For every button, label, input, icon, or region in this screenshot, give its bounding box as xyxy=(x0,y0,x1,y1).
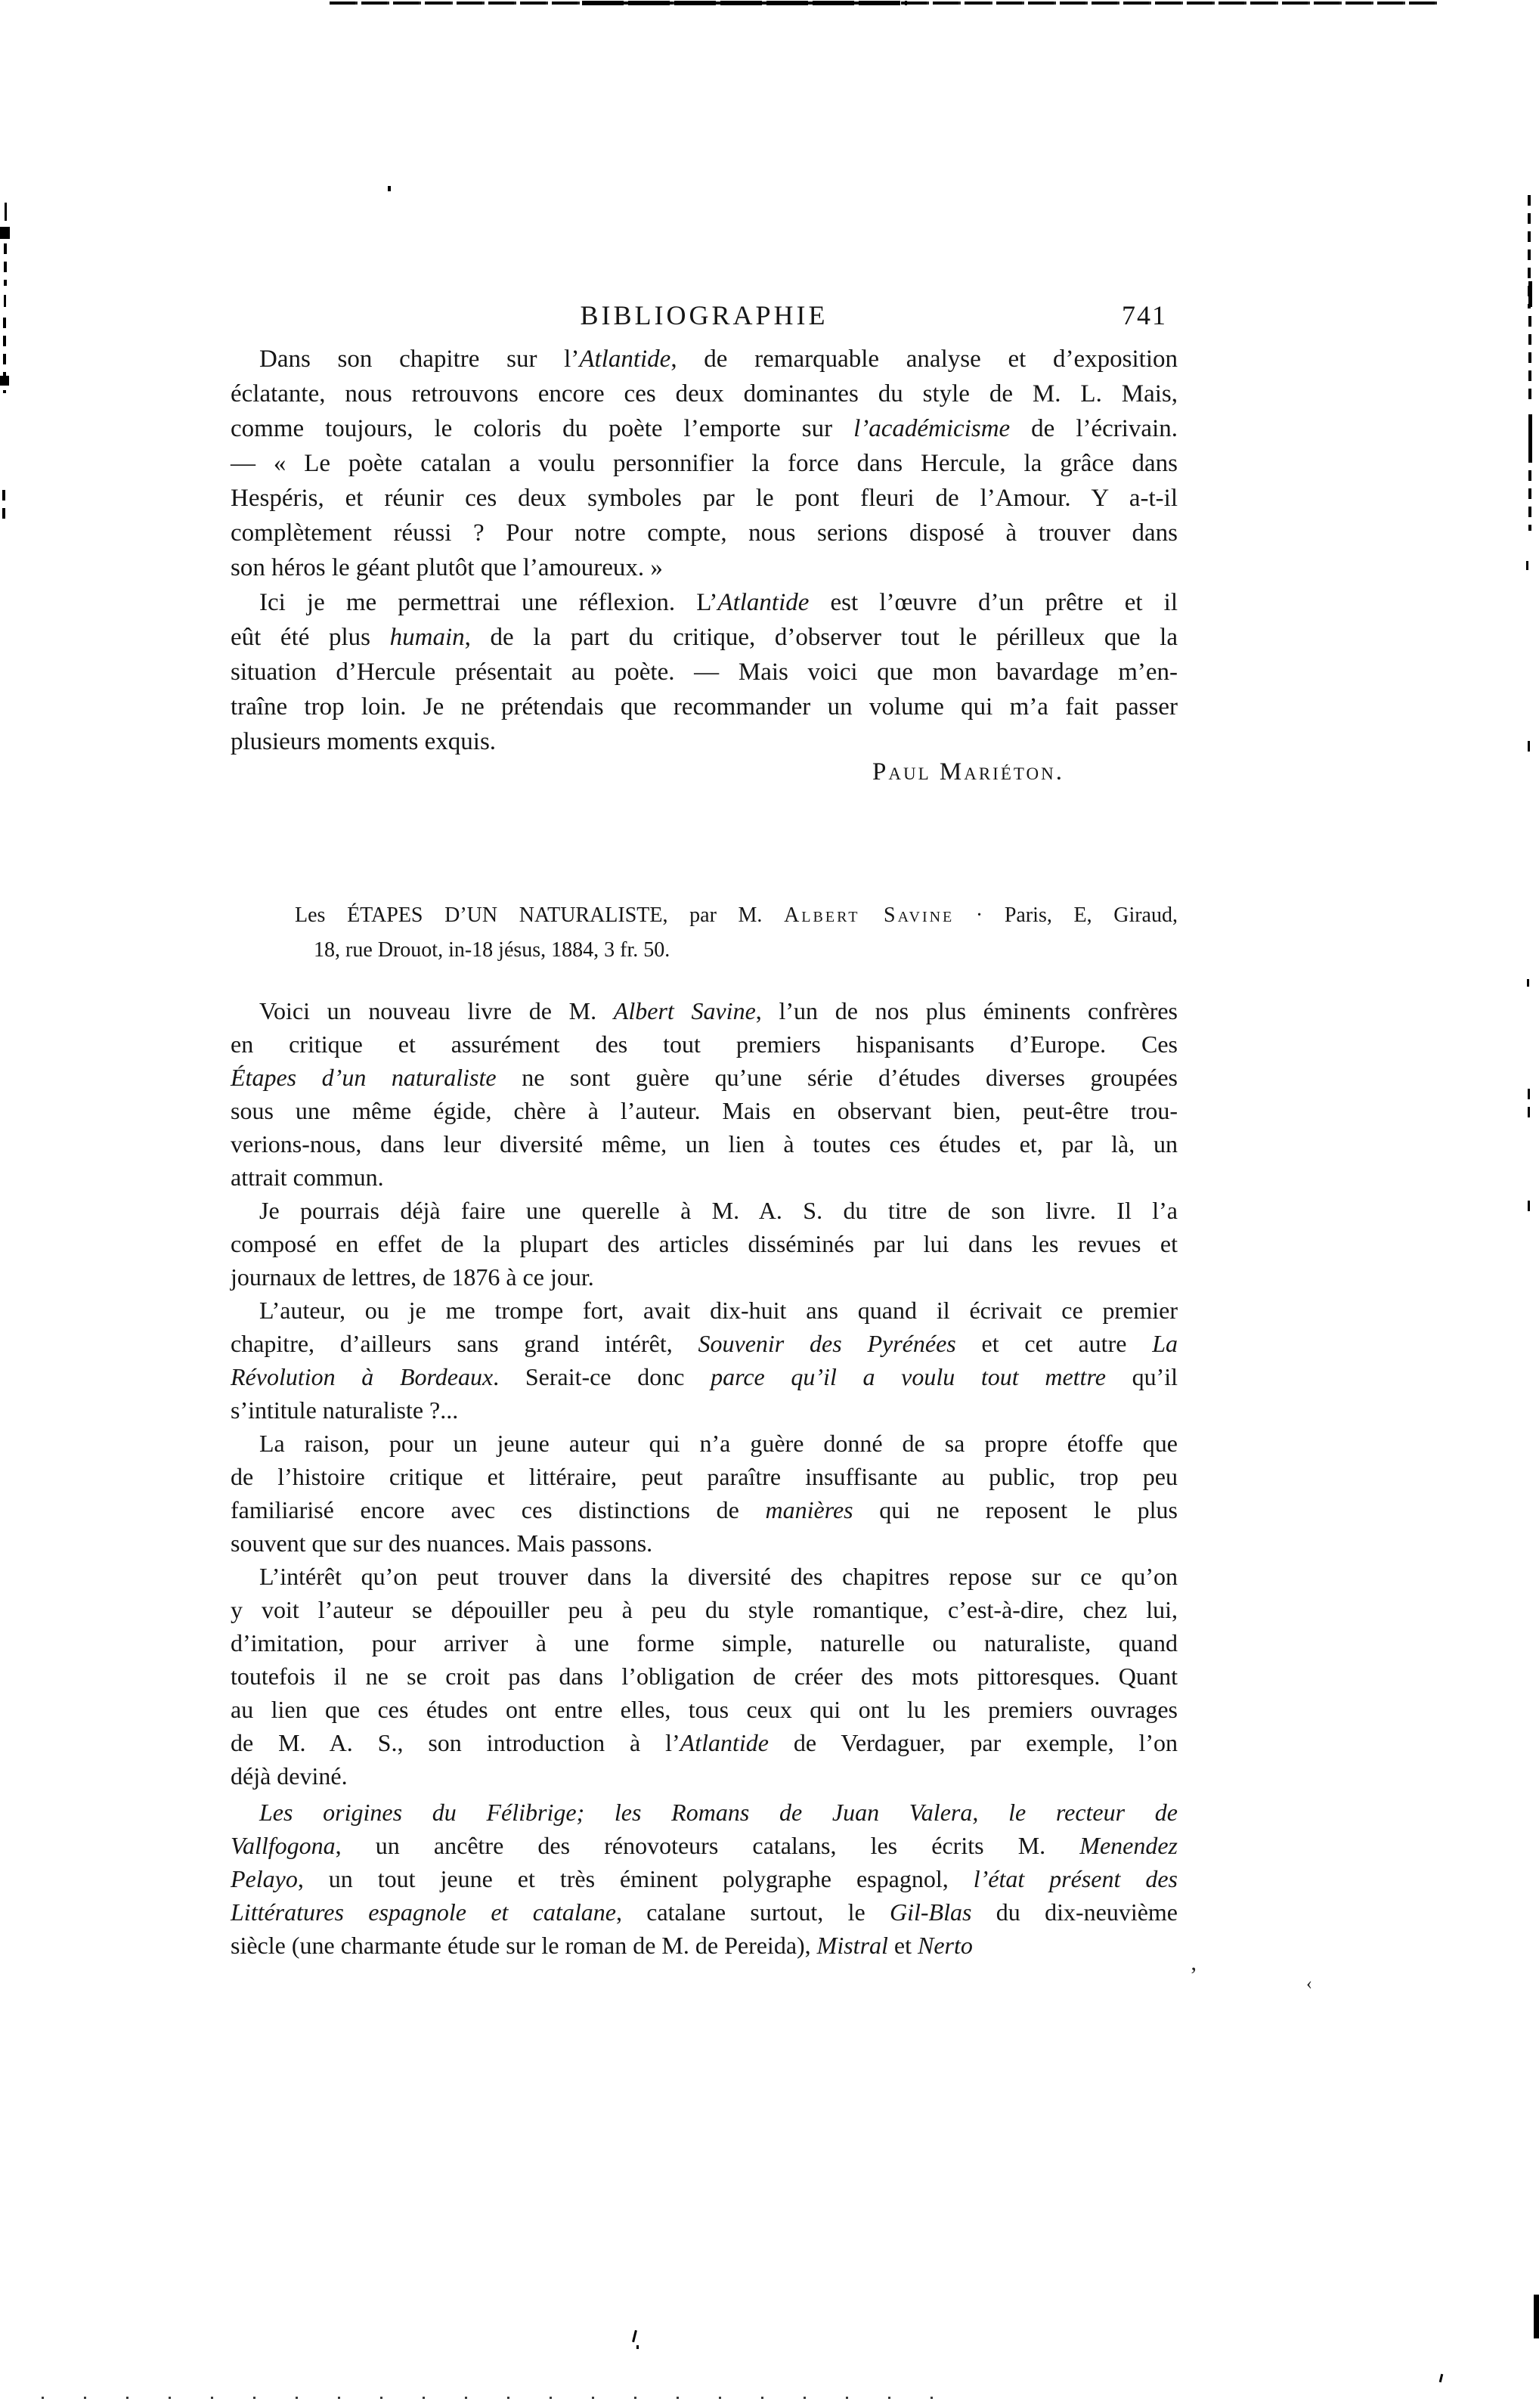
scan-artifact-right-mark xyxy=(1528,414,1532,463)
text-line: verions-nous, dans leur diversité même, … xyxy=(231,1127,1178,1161)
text-segment: eût été plus xyxy=(231,624,390,651)
text-segment: La xyxy=(1152,1330,1178,1357)
scan-artifact-left-blob xyxy=(0,376,9,386)
text-segment: · Paris, E, Giraud, xyxy=(954,903,1178,927)
text-segment: y voit l’auteur se dépouiller peu à peu … xyxy=(231,1596,1178,1623)
text-line: déjà deviné. xyxy=(231,1759,1178,1793)
text-segment: Atlantide xyxy=(680,1729,769,1756)
text-segment: parce qu’il a voulu tout mettre xyxy=(711,1363,1106,1390)
text-segment: — « Le poète catalan a voulu personnifie… xyxy=(231,450,1178,477)
text-segment: l’état présent des xyxy=(974,1865,1178,1892)
text-segment: Atlantide xyxy=(717,589,809,616)
paragraph: L’auteur, ou je me trompe fort, avait di… xyxy=(231,1294,1178,1427)
text-line: Je pourrais déjà faire une querelle à M.… xyxy=(231,1194,1178,1227)
text-line: de l’histoire critique et littéraire, pe… xyxy=(231,1460,1178,1493)
text-segment: Albert Savine xyxy=(614,997,756,1024)
text-segment: de M. A. S., son introduction à l’ xyxy=(231,1729,680,1756)
text-segment: , par M. xyxy=(663,903,785,927)
text-segment: Dans son chapitre sur l’ xyxy=(259,346,579,373)
text-line: 18, rue Drouot, in-18 jésus, 1884, 3 fr.… xyxy=(231,933,1178,968)
text-segment: d’imitation, pour arriver à une forme si… xyxy=(231,1629,1178,1656)
page-number: 741 xyxy=(1122,299,1167,331)
scan-artifact-squiggle xyxy=(632,2330,637,2342)
text-line: situation d’Hercule présentait au poète.… xyxy=(231,655,1178,690)
signature: Paul Mariéton. xyxy=(231,755,1178,789)
text-line: son héros le géant plutôt que l’amoureux… xyxy=(231,550,1178,585)
text-line: La raison, pour un jeune auteur qui n’a … xyxy=(231,1427,1178,1460)
paragraph: Les origines du Félibrige; les Romans de… xyxy=(231,1796,1178,1962)
text-line: traîne trop loin. Je ne prétendais que r… xyxy=(231,690,1178,724)
text-segment: est l’œuvre d’un prêtre et il xyxy=(809,589,1178,616)
text-line: en critique et assurément des tout premi… xyxy=(231,1027,1178,1061)
text-line: s’intitule naturaliste ?... xyxy=(231,1393,1178,1427)
scan-artifact-left-dashes xyxy=(4,243,7,286)
text-line: Les ÉTAPES D’UN NATURALISTE, par M. Albe… xyxy=(231,898,1178,933)
text-segment: plusieurs moments exquis. xyxy=(231,728,496,755)
text-segment: comme toujours, le coloris du poète l’em… xyxy=(231,415,853,442)
text-line: y voit l’auteur se dépouiller peu à peu … xyxy=(231,1593,1178,1626)
text-line: L’auteur, ou je me trompe fort, avait di… xyxy=(231,1294,1178,1327)
text-segment: qu’il xyxy=(1106,1363,1178,1390)
text-line: Vallfogona, un ancêtre des rénovoteurs c… xyxy=(231,1829,1178,1862)
text-line: Hespéris, et réunir ces deux symboles pa… xyxy=(231,481,1178,516)
text-segment: Atlantide xyxy=(579,346,670,373)
scan-artifact-right-tick xyxy=(1528,1201,1530,1211)
scan-artifact-left-mark xyxy=(4,295,6,307)
scan-artifact-right-dashes xyxy=(1528,316,1531,407)
scan-artifact-right-dashes xyxy=(1528,470,1531,531)
text-segment: Ici je me permettrai une réflexion. L’ xyxy=(259,589,717,616)
scan-artifact-left-dashes xyxy=(2,490,5,526)
scan-artifact-right-tick xyxy=(1526,561,1528,570)
text-line: — « Le poète catalan a voulu personnifie… xyxy=(231,446,1178,481)
text-line: siècle (une charmante étude sur le roman… xyxy=(231,1929,1178,1962)
text-segment: ne sont guère qu’une série d’études dive… xyxy=(497,1064,1178,1091)
scan-artifact-right-tick xyxy=(1528,741,1530,752)
text-segment: L’auteur, ou je me trompe fort, avait di… xyxy=(259,1297,1178,1324)
text-segment: de l’histoire critique et littéraire, pe… xyxy=(231,1463,1178,1490)
text-line: souvent que sur des nuances. Mais passon… xyxy=(231,1526,1178,1560)
text-segment: . Serait-ce donc xyxy=(493,1363,711,1390)
signature-name: Paul Mariéton. xyxy=(872,758,1064,786)
paragraph: L’intérêt qu’on peut trouver dans la div… xyxy=(231,1560,1178,1793)
scan-artifact-top-edge-line-2 xyxy=(582,1,907,5)
text-segment: Voici un nouveau livre de M. xyxy=(259,997,614,1024)
text-segment: sous une même égide, chère à l’auteur. M… xyxy=(231,1097,1178,1124)
paragraph: Dans son chapitre sur l’Atlantide, de re… xyxy=(231,342,1178,585)
text-segment: attrait commun. xyxy=(231,1164,384,1191)
text-segment: manières xyxy=(765,1496,853,1523)
text-segment: Les origines du Félibrige; les Romans de… xyxy=(259,1799,1178,1826)
text-line: attrait commun. xyxy=(231,1161,1178,1194)
page: ’ ‹ BIBLIOGRAPHIE 741 Dans son chapitre … xyxy=(0,0,1539,2408)
text-segment: L’intérêt qu’on peut trouver dans la div… xyxy=(259,1563,1178,1590)
text-line: familiarisé encore avec ces distinctions… xyxy=(231,1493,1178,1526)
text-segment: 18, rue Drouot, in-18 jésus, 1884, 3 fr.… xyxy=(314,938,670,962)
text-segment: éclatante, nous retrouvons encore ces de… xyxy=(231,380,1178,408)
text-segment: Révolution à Bordeaux xyxy=(231,1363,493,1390)
text-segment: Littératures espagnole et catalane xyxy=(231,1898,616,1926)
citation: Les ÉTAPES D’UN NATURALISTE, par M. Albe… xyxy=(231,898,1178,968)
scan-artifact-tick xyxy=(1439,2374,1444,2382)
text-segment: siècle (une charmante étude sur le roman… xyxy=(231,1932,817,1959)
text-segment: en critique et assurément des tout premi… xyxy=(231,1030,1178,1058)
text-line: éclatante, nous retrouvons encore ces de… xyxy=(231,377,1178,411)
text-segment: , un tout jeune et très éminent polygrap… xyxy=(298,1865,974,1892)
text-segment: Je pourrais déjà faire une querelle à M.… xyxy=(259,1197,1178,1224)
text-segment: composé en effet de la plupart des artic… xyxy=(231,1230,1178,1257)
text-segment: journaux de lettres, de 1876 à ce jour. xyxy=(231,1263,594,1291)
text-segment: Hespéris, et réunir ces deux symboles pa… xyxy=(231,485,1178,512)
scan-artifact-left-mark xyxy=(5,203,7,221)
text-segment: Étapes d’un naturaliste xyxy=(231,1064,497,1091)
paragraph: Ici je me permettrai une réflexion. L’At… xyxy=(231,585,1178,759)
text-line: Voici un nouveau livre de M. Albert Savi… xyxy=(231,994,1178,1027)
text-line: de M. A. S., son introduction à l’Atlant… xyxy=(231,1726,1178,1759)
text-segment: traîne trop loin. Je ne prétendais que r… xyxy=(231,693,1178,721)
scan-artifact-right-bar xyxy=(1534,2295,1539,2338)
text-line: eût été plus humain, de la part du criti… xyxy=(231,620,1178,655)
text-segment: l’académicisme xyxy=(853,415,1010,442)
text-segment: s’intitule naturaliste ?... xyxy=(231,1396,458,1424)
text-line: chapitre, d’ailleurs sans grand intérêt,… xyxy=(231,1327,1178,1360)
text-line: Littératures espagnole et catalane, cata… xyxy=(231,1895,1178,1929)
text-segment: La raison, pour un jeune auteur qui n’a … xyxy=(259,1430,1178,1457)
text-segment: toutefois il ne se croit pas dans l’obli… xyxy=(231,1663,1178,1690)
text-line: Dans son chapitre sur l’Atlantide, de re… xyxy=(231,342,1178,377)
text-segment: Vallfogona xyxy=(231,1832,336,1859)
text-segment: Pelayo xyxy=(231,1865,298,1892)
text-line: complètement réussi ? Pour notre compte,… xyxy=(231,516,1178,550)
paragraph: Je pourrais déjà faire une querelle à M.… xyxy=(231,1194,1178,1294)
text-segment: souvent que sur des nuances. Mais passon… xyxy=(231,1529,652,1557)
stray-apostrophe-mark: ‹ xyxy=(1306,1975,1312,1993)
paragraph: La raison, pour un jeune auteur qui n’a … xyxy=(231,1427,1178,1560)
running-header: BIBLIOGRAPHIE 741 xyxy=(231,299,1178,336)
text-segment: , un ancêtre des rénovoteurs catalans, l… xyxy=(336,1832,1080,1859)
text-segment: Nerto xyxy=(918,1932,973,1959)
scan-artifact-right-mark xyxy=(1528,281,1532,307)
text-segment: du dix-neuvième xyxy=(971,1898,1178,1926)
text-line: L’intérêt qu’on peut trouver dans la div… xyxy=(231,1560,1178,1593)
text-segment: qui ne reposent le plus xyxy=(853,1496,1178,1523)
text-line: Ici je me permettrai une réflexion. L’At… xyxy=(231,585,1178,620)
scan-artifact-dot xyxy=(636,2345,639,2349)
text-line: composé en effet de la plupart des artic… xyxy=(231,1227,1178,1260)
text-line: journaux de lettres, de 1876 à ce jour. xyxy=(231,1260,1178,1294)
text-segment: humain xyxy=(390,624,465,651)
text-segment: son héros le géant plutôt que l’amoureux… xyxy=(231,554,663,581)
text-line: toutefois il ne se croit pas dans l’obli… xyxy=(231,1660,1178,1693)
text-segment: situation d’Hercule présentait au poète.… xyxy=(231,659,1178,686)
paragraph: Voici un nouveau livre de M. Albert Savi… xyxy=(231,994,1178,1194)
scan-artifact-bottom-edge-dots xyxy=(42,2397,941,2399)
text-segment: de l’écrivain. xyxy=(1010,415,1178,442)
text-line: Étapes d’un naturaliste ne sont guère qu… xyxy=(231,1061,1178,1094)
text-segment: Souvenir des Pyrénées xyxy=(698,1330,956,1357)
text-segment: , l’un de nos plus éminents confrères xyxy=(756,997,1178,1024)
scan-artifact-left-blob xyxy=(0,227,10,239)
text-segment: déjà deviné. xyxy=(231,1762,348,1790)
text-segment: , de la part du critique, d’observer tou… xyxy=(465,624,1178,651)
text-segment: , de remarquable analyse et d’exposition xyxy=(670,346,1178,373)
text-line: comme toujours, le coloris du poète l’em… xyxy=(231,411,1178,446)
scan-artifact-right-dashes xyxy=(1528,1089,1530,1125)
text-segment: complètement réussi ? Pour notre compte,… xyxy=(231,519,1178,547)
text-segment: , catalane surtout, le xyxy=(616,1898,890,1926)
text-line: Pelayo, un tout jeune et très éminent po… xyxy=(231,1862,1178,1895)
text-line: Révolution à Bordeaux. Serait-ce donc pa… xyxy=(231,1360,1178,1393)
text-segment: verions-nous, dans leur diversité même, … xyxy=(231,1130,1178,1158)
scan-artifact-right-tick xyxy=(1527,979,1529,987)
text-segment: familiarisé encore avec ces distinctions… xyxy=(231,1496,765,1523)
page-title: BIBLIOGRAPHIE xyxy=(231,299,1178,331)
text-segment: au lien que ces études ont entre elles, … xyxy=(231,1696,1178,1723)
text-segment: et xyxy=(888,1932,918,1959)
text-line: d’imitation, pour arriver à une forme si… xyxy=(231,1626,1178,1660)
text-line: sous une même égide, chère à l’auteur. M… xyxy=(231,1094,1178,1127)
text-segment: Gil-Blas xyxy=(890,1898,971,1926)
text-line: au lien que ces études ont entre elles, … xyxy=(231,1693,1178,1726)
text-line: Les origines du Félibrige; les Romans de… xyxy=(231,1796,1178,1829)
text-segment: et cet autre xyxy=(956,1330,1152,1357)
text-segment: chapitre, d’ailleurs sans grand intérêt, xyxy=(231,1330,698,1357)
scan-artifact-dot xyxy=(388,186,391,191)
text-segment: Les xyxy=(295,903,347,927)
text-segment: Menendez xyxy=(1079,1832,1178,1859)
stray-apostrophe-mark: ’ xyxy=(1190,1964,1197,1987)
text-segment: Albert Savine xyxy=(784,903,954,927)
text-segment: de Verdaguer, par exemple, l’on xyxy=(769,1729,1178,1756)
text-segment: Mistral xyxy=(817,1932,888,1959)
text-segment: ÉTAPES D’UN NATURALISTE xyxy=(347,903,662,927)
